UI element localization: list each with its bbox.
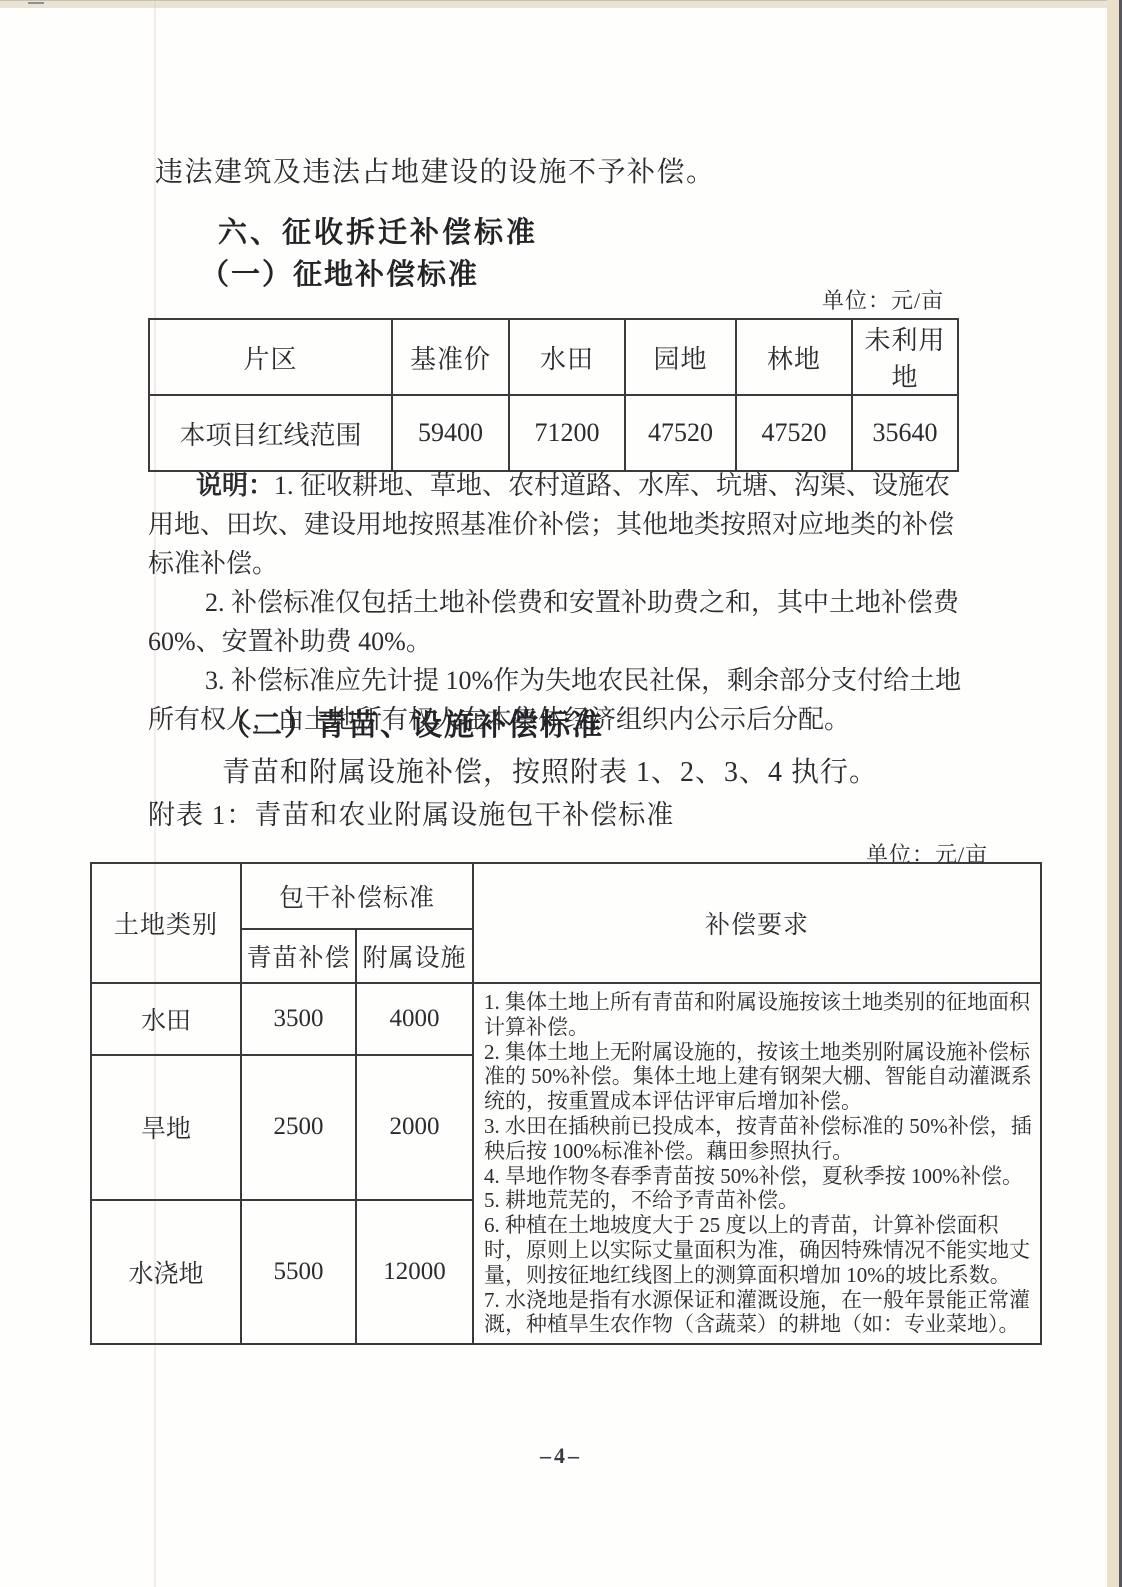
cell-facility-irrigated: 12000	[356, 1200, 473, 1344]
requirement-item-5: 5. 耕地荒芜的，不给予青苗补偿。	[484, 1188, 1032, 1213]
intro-paragraph: 违法建筑及违法占地建设的设施不予补偿。	[155, 150, 855, 190]
cell-seedling-paddy: 3500	[241, 983, 356, 1055]
requirement-item-1: 1. 集体土地上所有青苗和附属设施按该土地类别的征地面积计算补偿。	[484, 990, 1032, 1040]
cell-facility-paddy: 4000	[356, 983, 473, 1055]
cell-garden-price: 47520	[625, 395, 736, 471]
th-paddy-field: 水田	[509, 319, 625, 395]
land-price-table-header-row: 片区 基准价 水田 园地 林地 未利用地	[149, 319, 958, 395]
unit-label-1: 单位：元/亩	[822, 284, 944, 315]
scan-right-strip	[1107, 0, 1119, 1587]
cell-land-irrigated: 水浇地	[91, 1200, 241, 1344]
th-garden-land: 园地	[625, 319, 736, 395]
requirement-item-7: 7. 水浇地是指有水源保证和灌溉设施，在一般年景能正常灌溉，种植旱生农作物（含蔬…	[484, 1288, 1032, 1338]
requirement-item-2: 2. 集体土地上无附属设施的，按该土地类别附属设施补偿标准的 50%补偿。集体土…	[484, 1040, 1032, 1114]
cell-area-name: 本项目红线范围	[149, 395, 392, 471]
th-base-price: 基准价	[392, 319, 509, 395]
requirement-item-4: 4. 旱地作物冬春季青苗按 50%补偿，夏秋季按 100%补偿。	[484, 1164, 1032, 1189]
page-number: –4–	[0, 1443, 1122, 1469]
th-area: 片区	[149, 319, 392, 395]
th-seedling-comp: 青苗补偿	[241, 929, 356, 983]
land-price-table: 片区 基准价 水田 园地 林地 未利用地 本项目红线范围 59400 71200…	[148, 318, 959, 472]
cell-seedling-dry: 2500	[241, 1055, 356, 1199]
appendix-table-caption: 附表 1：青苗和农业附属设施包干补偿标准	[148, 793, 674, 832]
cell-land-paddy: 水田	[91, 983, 241, 1055]
th-unused-land: 未利用地	[852, 319, 958, 395]
scan-top-edge	[0, 0, 1122, 8]
th-requirements: 补偿要求	[473, 863, 1041, 983]
cell-paddy-price: 71200	[509, 395, 625, 471]
th-land-type: 土地类别	[91, 863, 241, 983]
land-price-table-row: 本项目红线范围 59400 71200 47520 47520 35640	[149, 395, 958, 471]
requirements-cell: 1. 集体土地上所有青苗和附属设施按该土地类别的征地面积计算补偿。 2. 集体土…	[473, 983, 1041, 1344]
subsection-heading-1: （一）征地补偿标准	[200, 252, 479, 293]
notes-label: 说明：	[196, 470, 274, 500]
th-package-standard: 包干补偿标准	[241, 863, 473, 929]
cell-forest-price: 47520	[736, 395, 852, 471]
scan-top-mark	[28, 2, 44, 4]
seedling-facility-table: 土地类别 包干补偿标准 补偿要求 青苗补偿 附属设施 水田 3500 4000 …	[90, 862, 1042, 1345]
requirement-item-6: 6. 种植在土地坡度大于 25 度以上的青苗，计算补偿面积时，原则上以实际丈量面…	[484, 1213, 1032, 1287]
section-heading: 六、征收拆迁补偿标准	[218, 210, 538, 251]
cell-base-price: 59400	[392, 395, 509, 471]
document-page: 违法建筑及违法占地建设的设施不予补偿。 六、征收拆迁补偿标准 （一）征地补偿标准…	[0, 0, 1122, 1587]
requirement-item-3: 3. 水田在插秧前已投成本，按青苗补偿标准的 50%补偿，插秧后按 100%标准…	[484, 1114, 1032, 1164]
notes-item-2: 2. 补偿标准仅包括土地补偿费和安置补助费之和，其中土地补偿费 60%、安置补助…	[148, 583, 972, 661]
th-facility-comp: 附属设施	[356, 929, 473, 983]
th-forest-land: 林地	[736, 319, 852, 395]
notes: 说明：1. 征收耕地、草地、农村道路、水库、坑塘、沟渠、设施农用地、田坎、建设用…	[148, 466, 972, 739]
body-paragraph: 青苗和附属设施补偿，按照附表 1、2、3、4 执行。	[222, 750, 878, 790]
cell-land-dry: 旱地	[91, 1055, 241, 1199]
seedling-table-row-paddy: 水田 3500 4000 1. 集体土地上所有青苗和附属设施按该土地类别的征地面…	[91, 983, 1041, 1055]
seedling-table-header-row-1: 土地类别 包干补偿标准 补偿要求	[91, 863, 1041, 929]
notes-item-1: 说明：1. 征收耕地、草地、农村道路、水库、坑塘、沟渠、设施农用地、田坎、建设用…	[148, 466, 972, 583]
subsection-heading-2: （二）青苗、设施补偿标准	[220, 700, 604, 744]
cell-unused-price: 35640	[852, 395, 958, 471]
cell-facility-dry: 2000	[356, 1055, 473, 1199]
cell-seedling-irrigated: 5500	[241, 1200, 356, 1344]
